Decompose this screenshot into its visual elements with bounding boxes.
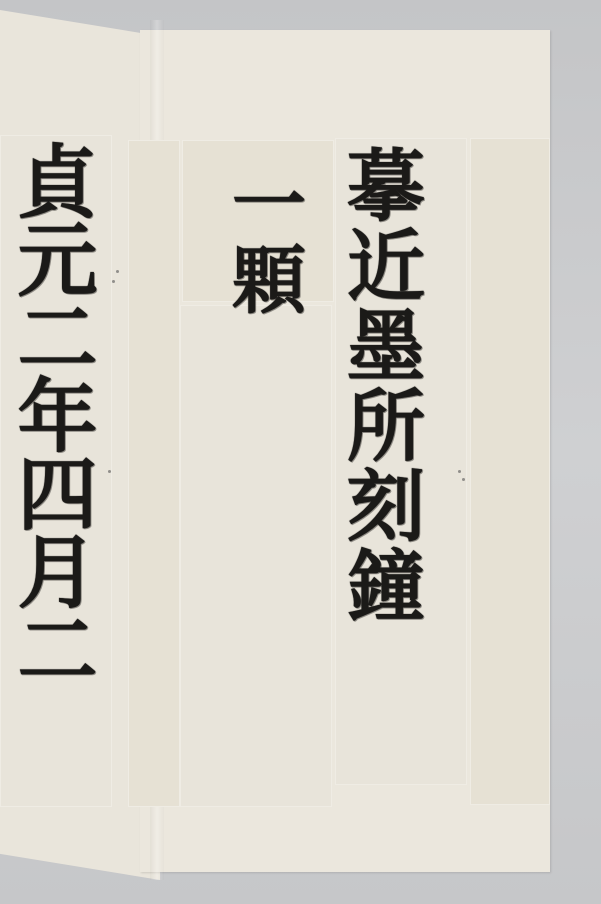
calligraphy-column-right: 摹近墨所刻鐘	[340, 145, 418, 625]
ink-speck	[458, 470, 461, 473]
calligraphy-column-left: 貞元二年四月二	[0, 140, 109, 686]
ink-speck	[108, 470, 111, 473]
ink-speck	[462, 478, 465, 481]
mount-strip-middle-blank	[180, 305, 332, 807]
ink-speck	[112, 280, 115, 283]
calligraphy-column-middle: 一顆	[210, 165, 316, 317]
mount-strip-right-outer	[470, 138, 550, 805]
ink-speck	[116, 270, 119, 273]
mount-strip-gutter	[128, 140, 180, 807]
